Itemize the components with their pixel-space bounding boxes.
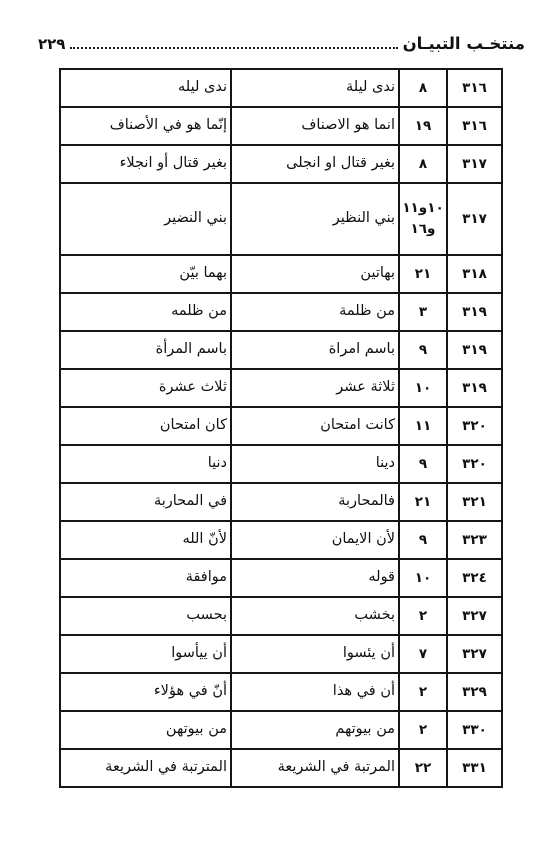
correct-cell: المترتبة في الشريعة [60, 749, 231, 787]
table-row: ٣١٩ ١٠ ثلاثة عشر ثلاث عشرة [60, 369, 502, 407]
correct-cell: بني النضير [60, 183, 231, 255]
line-cell: ١٠و١١ و١٦ [399, 183, 447, 255]
page-cell: ٣٢٧ [447, 635, 502, 673]
corrections-table-body: ٣١٦ ٨ ندى ليلة ندى ليله ٣١٦ ١٩ انما هو ا… [60, 69, 502, 787]
table-row: ٣١٩ ٣ من ظلمة من ظلمه [60, 293, 502, 331]
correct-cell: موافقة [60, 559, 231, 597]
page-cell: ٣٣١ [447, 749, 502, 787]
incorrect-cell: ثلاثة عشر [231, 369, 399, 407]
incorrect-cell: باسم امراة [231, 331, 399, 369]
page-cell: ٣٣٠ [447, 711, 502, 749]
table-row: ٣٢٩ ٢ أن في هذا أنّ في هؤلاء [60, 673, 502, 711]
table-row: ٣١٦ ٨ ندى ليلة ندى ليله [60, 69, 502, 107]
page-cell: ٣١٧ [447, 145, 502, 183]
page-header: منتخـب التبيـان ٢٢٩ [38, 34, 525, 53]
page-cell: ٣٢٤ [447, 559, 502, 597]
page-cell: ٣٢٠ [447, 407, 502, 445]
table-row: ٣١٧ ٨ بغير قتال او انجلى بغير قتال أو ان… [60, 145, 502, 183]
page-cell: ٣٢٧ [447, 597, 502, 635]
line-cell: ٢١ [399, 483, 447, 521]
page-cell: ٣١٦ [447, 69, 502, 107]
line-cell: ٩ [399, 521, 447, 559]
page-cell: ٣١٩ [447, 369, 502, 407]
incorrect-cell: قوله [231, 559, 399, 597]
table-row: ٣٢٠ ٩ دينا دنيا [60, 445, 502, 483]
table-row: ٣٢٤ ١٠ قوله موافقة [60, 559, 502, 597]
table-row: ٣٢٠ ١١ كانت امتحان كان امتحان [60, 407, 502, 445]
line-cell: ٧ [399, 635, 447, 673]
incorrect-cell: بني النظير [231, 183, 399, 255]
line-cell: ٢ [399, 673, 447, 711]
page-cell: ٣١٨ [447, 255, 502, 293]
incorrect-cell: أن في هذا [231, 673, 399, 711]
table-row: ٣٣٠ ٢ من بيوتهم من بيوتهن [60, 711, 502, 749]
dotted-leader [70, 46, 397, 49]
page-cell: ٣٢١ [447, 483, 502, 521]
incorrect-cell: من ظلمة [231, 293, 399, 331]
page-cell: ٣١٧ [447, 183, 502, 255]
correct-cell: بغير قتال أو انجلاء [60, 145, 231, 183]
table-row: ٣١٨ ٢١ بهاتين بهما بيّن [60, 255, 502, 293]
scanned-page: منتخـب التبيـان ٢٢٩ ٣١٦ ٨ ندى ليلة ندى ل… [0, 0, 557, 850]
line-cell: ١٠ [399, 369, 447, 407]
line-cell: ٨ [399, 145, 447, 183]
incorrect-cell: بغير قتال او انجلى [231, 145, 399, 183]
table-row: ٣٢٣ ٩ لأن الايمان لأنّ الله [60, 521, 502, 559]
page-number: ٢٢٩ [38, 35, 65, 53]
line-cell: ١٠ [399, 559, 447, 597]
page-cell: ٣١٦ [447, 107, 502, 145]
line-cell: ٢١ [399, 255, 447, 293]
correct-cell: بهما بيّن [60, 255, 231, 293]
incorrect-cell: بخشب [231, 597, 399, 635]
correct-cell: أنّ في هؤلاء [60, 673, 231, 711]
line-cell: ٨ [399, 69, 447, 107]
book-title: منتخـب التبيـان [403, 34, 525, 53]
incorrect-cell: كانت امتحان [231, 407, 399, 445]
table-row: ٣٣١ ٢٢ المرتبة في الشريعة المترتبة في ال… [60, 749, 502, 787]
line-cell: ٣ [399, 293, 447, 331]
table-row: ٣١٦ ١٩ انما هو الاصناف إنّما هو في الأصن… [60, 107, 502, 145]
incorrect-cell: بهاتين [231, 255, 399, 293]
correct-cell: من ظلمه [60, 293, 231, 331]
correct-cell: بحسب [60, 597, 231, 635]
correct-cell: في المحاربة [60, 483, 231, 521]
page-cell: ٣١٩ [447, 293, 502, 331]
incorrect-cell: دينا [231, 445, 399, 483]
correct-cell: كان امتحان [60, 407, 231, 445]
table-row: ٣١٧ ١٠و١١ و١٦ بني النظير بني النضير [60, 183, 502, 255]
incorrect-cell: ندى ليلة [231, 69, 399, 107]
correct-cell: لأنّ الله [60, 521, 231, 559]
table-row: ٣٢٧ ٢ بخشب بحسب [60, 597, 502, 635]
line-cell: ٢٢ [399, 749, 447, 787]
correct-cell: ندى ليله [60, 69, 231, 107]
correct-cell: دنيا [60, 445, 231, 483]
incorrect-cell: من بيوتهم [231, 711, 399, 749]
line-cell: ٩ [399, 331, 447, 369]
corrections-table: ٣١٦ ٨ ندى ليلة ندى ليله ٣١٦ ١٩ انما هو ا… [59, 68, 503, 788]
line-cell: ١٩ [399, 107, 447, 145]
page-cell: ٣٢٣ [447, 521, 502, 559]
line-cell: ٢ [399, 711, 447, 749]
table-row: ٣٢١ ٢١ فالمحاربة في المحاربة [60, 483, 502, 521]
page-cell: ٣٢٠ [447, 445, 502, 483]
page-cell: ٣١٩ [447, 331, 502, 369]
page-cell: ٣٢٩ [447, 673, 502, 711]
table-row: ٣١٩ ٩ باسم امراة باسم المرأة [60, 331, 502, 369]
correct-cell: إنّما هو في الأصناف [60, 107, 231, 145]
incorrect-cell: لأن الايمان [231, 521, 399, 559]
incorrect-cell: أن يئسوا [231, 635, 399, 673]
correct-cell: من بيوتهن [60, 711, 231, 749]
correct-cell: باسم المرأة [60, 331, 231, 369]
incorrect-cell: فالمحاربة [231, 483, 399, 521]
line-cell: ٢ [399, 597, 447, 635]
incorrect-cell: انما هو الاصناف [231, 107, 399, 145]
incorrect-cell: المرتبة في الشريعة [231, 749, 399, 787]
correct-cell: ثلاث عشرة [60, 369, 231, 407]
table-row: ٣٢٧ ٧ أن يئسوا أن ييأسوا [60, 635, 502, 673]
correct-cell: أن ييأسوا [60, 635, 231, 673]
line-cell: ٩ [399, 445, 447, 483]
line-cell: ١١ [399, 407, 447, 445]
